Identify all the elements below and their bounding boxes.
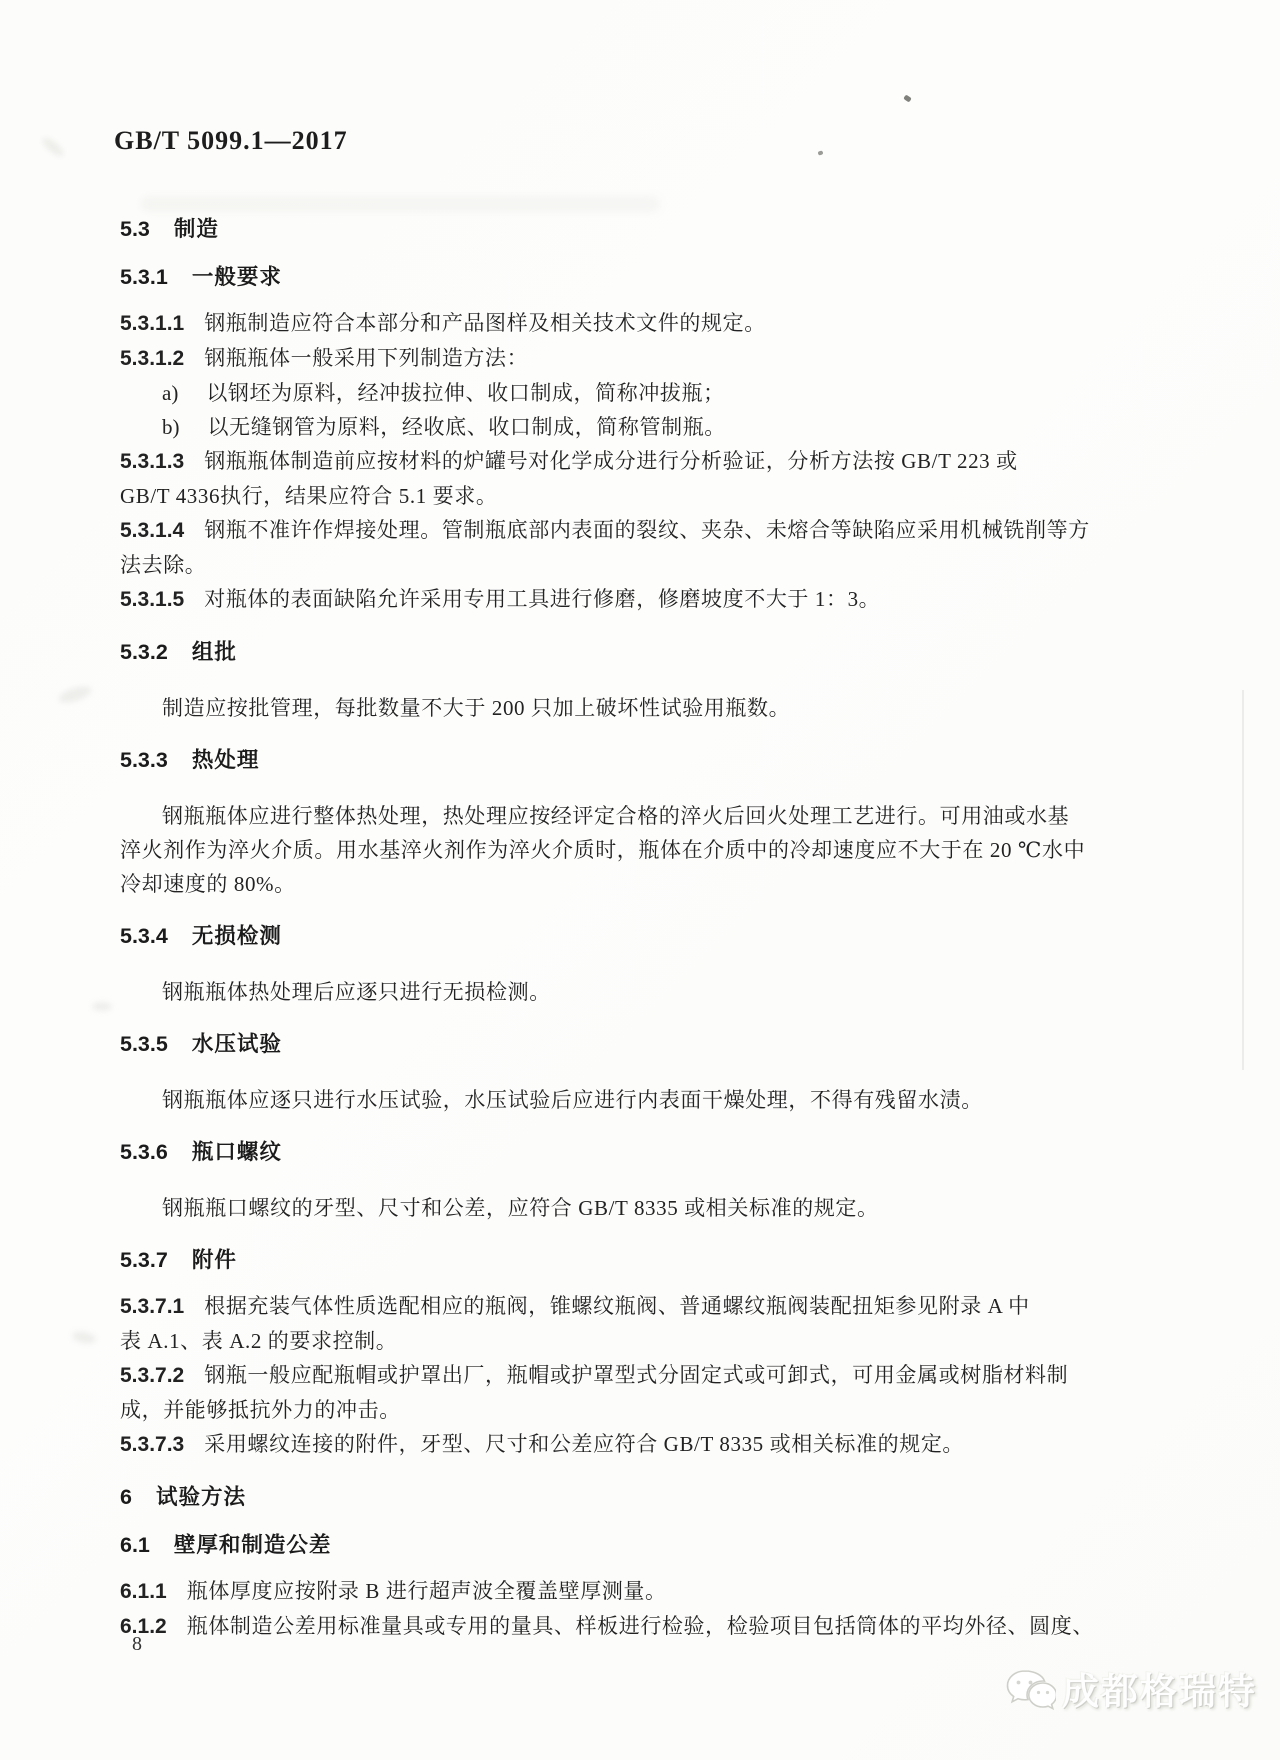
section-heading: 5.3制造 — [120, 216, 1180, 242]
text-content: 附件 — [192, 1248, 237, 1272]
scan-artifact — [40, 135, 66, 159]
text-content: 采用螺纹连接的附件，牙型、尺寸和公差应符合 GB/T 8335 或相关标准的规定… — [204, 1432, 964, 1456]
scan-artifact — [71, 1330, 97, 1346]
clause-text-line: 5.3.7.2钢瓶一般应配瓶帽或护罩出厂，瓶帽或护罩型式分固定式或可卸式，可用金… — [120, 1358, 1180, 1393]
clause-text-line: 5.3.1.4钢瓶不准许作焊接处理。管制瓶底部内表面的裂纹、夹杂、未熔合等缺陷应… — [120, 513, 1180, 548]
clause-number: 5.3.6 — [120, 1140, 168, 1164]
continuation-line: 表 A.1、表 A.2 的要求控制。 — [120, 1324, 1180, 1358]
standard-number-header: GB/T 5099.1—2017 — [114, 126, 348, 156]
clause-number: 6.1 — [120, 1533, 150, 1557]
clause-number: 5.3.1.2 — [120, 347, 184, 370]
clause-heading: 5.3.2组批 — [120, 639, 1180, 665]
continuation-line: GB/T 4336执行，结果应符合 5.1 要求。 — [120, 479, 1180, 513]
text-content: 瓶体厚度应按附录 B 进行超声波全覆盖壁厚测量。 — [187, 1579, 667, 1603]
scan-artifact — [92, 1002, 112, 1011]
text-content: 钢瓶制造应符合本部分和产品图样及相关技术文件的规定。 — [204, 311, 766, 335]
list-item-line: b)以无缝钢管为原料，经收底、收口制成，简称管制瓶。 — [162, 410, 1180, 444]
clause-number: 5.3 — [120, 217, 150, 241]
text-content: 热处理 — [192, 748, 260, 772]
continuation-line: 法去除。 — [120, 548, 1180, 582]
clause-text-line: 6.1.1瓶体厚度应按附录 B 进行超声波全覆盖壁厚测量。 — [120, 1574, 1180, 1609]
clause-heading: 5.3.3热处理 — [120, 747, 1180, 773]
text-content: 制造应按批管理，每批数量不大于 200 只加上破坏性试验用瓶数。 — [162, 696, 790, 720]
watermark: 成都格瑞特 — [1004, 1668, 1257, 1714]
text-content: 对瓶体的表面缺陷允许采用专用工具进行修磨，修磨坡度不大于 1：3。 — [204, 587, 880, 611]
paragraph-line: 制造应按批管理，每批数量不大于 200 只加上破坏性试验用瓶数。 — [162, 681, 1180, 725]
clause-text-line: 5.3.7.1根据充装气体性质选配相应的瓶阀，锥螺纹瓶阀、普通螺纹瓶阀装配扭矩参… — [120, 1289, 1180, 1324]
text-content: 水压试验 — [192, 1032, 282, 1056]
watermark-label: 成都格瑞特 — [1062, 1673, 1257, 1710]
clause-number: 5.3.7 — [120, 1248, 168, 1272]
clause-number: 5.3.7.1 — [120, 1295, 184, 1318]
clause-number: 5.3.1.5 — [120, 588, 184, 611]
text-content: 冷却速度的 80%。 — [120, 872, 296, 896]
scanned-document-page: GB/T 5099.1—2017 5.3制造5.3.1一般要求5.3.1.1钢瓶… — [0, 0, 1280, 1760]
clause-number: 6.1.1 — [120, 1580, 167, 1603]
text-content: 以钢坯为原料，经冲拔拉伸、收口制成，简称冲拔瓶； — [206, 381, 724, 405]
text-content: 钢瓶瓶体制造前应按材料的炉罐号对化学成分进行分析验证，分析方法按 GB/T 22… — [204, 449, 1018, 473]
clause-number: 5.3.2 — [120, 640, 168, 664]
clause-number: 5.3.1 — [120, 265, 168, 289]
wechat-icon — [1004, 1668, 1056, 1714]
clause-text-line: 5.3.1.1钢瓶制造应符合本部分和产品图样及相关技术文件的规定。 — [120, 306, 1180, 341]
continuation-line: 淬火剂作为淬火介质。用水基淬火剂作为淬火介质时，瓶体在介质中的冷却速度应不大于在… — [120, 833, 1180, 867]
clause-number: 6.1.2 — [120, 1615, 167, 1638]
clause-number: 5.3.1.3 — [120, 450, 184, 473]
text-content: 以无缝钢管为原料，经收底、收口制成，简称管制瓶。 — [208, 415, 726, 439]
clause-heading: 5.3.6瓶口螺纹 — [120, 1139, 1180, 1165]
section-heading: 6试验方法 — [120, 1484, 1180, 1510]
text-content: 钢瓶瓶口螺纹的牙型、尺寸和公差，应符合 GB/T 8335 或相关标准的规定。 — [162, 1196, 879, 1220]
continuation-line: 成，并能够抵抗外力的冲击。 — [120, 1393, 1180, 1427]
clause-heading: 5.3.4无损检测 — [120, 923, 1180, 949]
text-content: 成，并能够抵抗外力的冲击。 — [120, 1398, 401, 1422]
text-content: 无损检测 — [192, 924, 282, 948]
text-content: 根据充装气体性质选配相应的瓶阀，锥螺纹瓶阀、普通螺纹瓶阀装配扭矩参见附录 A 中 — [204, 1294, 1030, 1318]
text-content: 制造 — [174, 217, 219, 241]
clause-heading: 5.3.7附件 — [120, 1247, 1180, 1273]
text-content: 组批 — [192, 640, 237, 664]
clause-heading: 5.3.1一般要求 — [120, 264, 1180, 290]
text-content: 瓶口螺纹 — [192, 1140, 282, 1164]
scan-artifact — [903, 94, 912, 102]
text-content: 钢瓶瓶体一般采用下列制造方法： — [204, 346, 528, 370]
document-body: 5.3制造5.3.1一般要求5.3.1.1钢瓶制造应符合本部分和产品图样及相关技… — [120, 216, 1180, 1644]
paragraph-line: 钢瓶瓶体热处理后应逐只进行无损检测。 — [162, 965, 1180, 1009]
clause-number: 5.3.1.4 — [120, 519, 184, 542]
text-content: 瓶体制造公差用标准量具或专用的量具、样板进行检验，检验项目包括筒体的平均外径、圆… — [187, 1614, 1094, 1638]
clause-number: 5.3.3 — [120, 748, 168, 772]
text-content: 钢瓶瓶体热处理后应逐只进行无损检测。 — [162, 980, 551, 1004]
continuation-line: 冷却速度的 80%。 — [120, 867, 1180, 901]
clause-heading: 6.1壁厚和制造公差 — [120, 1532, 1180, 1558]
text-content: 淬火剂作为淬火介质。用水基淬火剂作为淬火介质时，瓶体在介质中的冷却速度应不大于在… — [120, 838, 1085, 862]
scan-artifact — [140, 196, 660, 212]
clause-text-line: 5.3.7.3采用螺纹连接的附件，牙型、尺寸和公差应符合 GB/T 8335 或… — [120, 1427, 1180, 1462]
page-number: 8 — [132, 1630, 142, 1658]
text-content: 法去除。 — [120, 553, 206, 577]
clause-number: 5.3.7.3 — [120, 1433, 184, 1456]
clause-heading: 5.3.5水压试验 — [120, 1031, 1180, 1057]
clause-number: 5.3.4 — [120, 924, 168, 948]
scan-artifact — [817, 150, 823, 155]
paragraph-line: 钢瓶瓶体应逐只进行水压试验，水压试验后应进行内表面干燥处理，不得有残留水渍。 — [162, 1073, 1180, 1117]
text-content: 钢瓶瓶体应逐只进行水压试验，水压试验后应进行内表面干燥处理，不得有残留水渍。 — [162, 1088, 983, 1112]
text-content: 表 A.1、表 A.2 的要求控制。 — [120, 1329, 397, 1353]
clause-text-line: 5.3.1.5对瓶体的表面缺陷允许采用专用工具进行修磨，修磨坡度不大于 1：3。 — [120, 582, 1180, 617]
scan-artifact — [57, 683, 93, 706]
text-content: 钢瓶不准许作焊接处理。管制瓶底部内表面的裂纹、夹杂、未熔合等缺陷应采用机械铣削等… — [204, 518, 1090, 542]
text-content: 壁厚和制造公差 — [174, 1533, 332, 1557]
clause-text-line: 5.3.1.2钢瓶瓶体一般采用下列制造方法： — [120, 341, 1180, 376]
scan-artifact — [1242, 690, 1244, 1070]
clause-text-line: 6.1.2瓶体制造公差用标准量具或专用的量具、样板进行检验，检验项目包括筒体的平… — [120, 1609, 1180, 1644]
text-content: 一般要求 — [192, 265, 282, 289]
paragraph-line: 钢瓶瓶体应进行整体热处理，热处理应按经评定合格的淬火后回火处理工艺进行。可用油或… — [162, 789, 1180, 833]
clause-number: b) — [162, 415, 180, 439]
list-item-line: a)以钢坯为原料，经冲拔拉伸、收口制成，简称冲拔瓶； — [162, 376, 1180, 410]
text-content: 试验方法 — [156, 1485, 246, 1509]
text-content: 钢瓶一般应配瓶帽或护罩出厂，瓶帽或护罩型式分固定式或可卸式，可用金属或树脂材料制 — [204, 1363, 1068, 1387]
text-content: GB/T 4336执行，结果应符合 5.1 要求。 — [120, 484, 497, 508]
clause-number: 5.3.7.2 — [120, 1364, 184, 1387]
clause-number: 6 — [120, 1485, 132, 1509]
clause-number: a) — [162, 381, 178, 405]
text-content: 钢瓶瓶体应进行整体热处理，热处理应按经评定合格的淬火后回火处理工艺进行。可用油或… — [162, 804, 1069, 828]
clause-number: 5.3.5 — [120, 1032, 168, 1056]
clause-number: 5.3.1.1 — [120, 312, 184, 335]
clause-text-line: 5.3.1.3钢瓶瓶体制造前应按材料的炉罐号对化学成分进行分析验证，分析方法按 … — [120, 444, 1180, 479]
paragraph-line: 钢瓶瓶口螺纹的牙型、尺寸和公差，应符合 GB/T 8335 或相关标准的规定。 — [162, 1181, 1180, 1225]
